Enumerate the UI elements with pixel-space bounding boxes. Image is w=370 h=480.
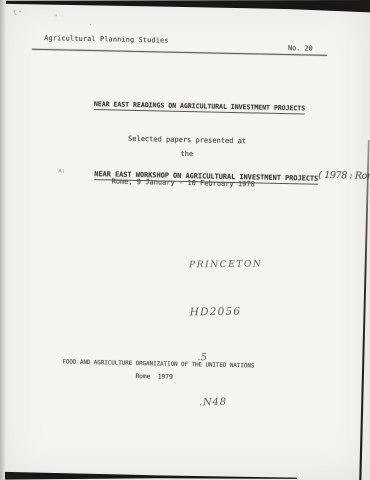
scanned-title-page: t˖ ʺ · Agricultural Planning Studies No.…	[0, 0, 370, 480]
pencil-mark: ʺ	[54, 14, 58, 21]
presentation-line-1: Selected papers presented at	[2, 133, 370, 148]
header-rule	[32, 49, 327, 56]
publication-place-year: Rome 1979	[0, 371, 311, 384]
handwritten-annotation: ( 1978 : Rome, Italy).	[318, 170, 370, 183]
call-number-cutter: .N48	[199, 397, 265, 408]
issue-number: No. 20	[288, 45, 313, 52]
call-number-decimal: .5	[197, 352, 264, 363]
library-call-number: PRINCETON HD2056 .5 .N48	[189, 228, 265, 440]
call-number-library: PRINCETON	[189, 260, 262, 270]
pencil-caret-mark: ʌ:	[58, 169, 65, 175]
pencil-mark: t˖	[12, 7, 23, 17]
publisher-name: FOOD AND AGRICULTURE ORGANIZATION OF THE…	[0, 359, 319, 372]
pencil-mark: ·	[88, 22, 92, 29]
presentation-line-2: the	[2, 147, 370, 162]
series-title: Agricultural Planning Studies	[44, 35, 169, 44]
page-content: t˖ ʺ · Agricultural Planning Studies No.…	[0, 0, 370, 480]
call-number-class: HD2056	[190, 306, 264, 318]
document-title: NEAR EAST READINGS ON AGRICULTURAL INVES…	[3, 92, 370, 119]
document-title-text: NEAR EAST READINGS ON AGRICULTURAL INVES…	[94, 100, 306, 115]
